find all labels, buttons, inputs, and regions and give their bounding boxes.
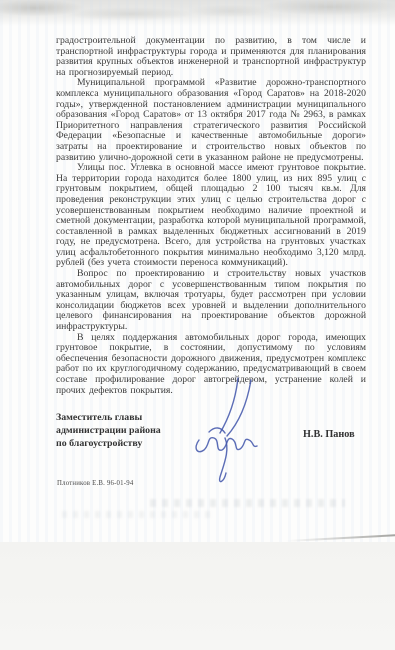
signoff-name: Н.В. Панов [303, 429, 355, 440]
letter-body: градостроительной документации по развит… [56, 36, 366, 396]
scan-background-below-page [0, 542, 395, 650]
scanned-letter-page: градостроительной документации по развит… [0, 0, 395, 650]
executor-note: Плотников Е.В. 96-01-94 [57, 480, 133, 487]
paragraph: Муниципальной программой «Развитие дорож… [56, 78, 366, 163]
scan-top-edge [0, 0, 395, 26]
paragraph: градостроительной документации по развит… [56, 36, 366, 78]
signoff-title-line: Заместитель главы [56, 411, 161, 424]
paragraph: Улицы пос. Углевка в основной массе имею… [56, 163, 366, 269]
paragraph: Вопрос по проектированию и строительству… [56, 269, 366, 333]
signoff-title-line: администрации района [56, 424, 161, 437]
signature-icon [191, 376, 277, 488]
signoff-title-line: по благоустройству [56, 437, 161, 450]
scan-artifact [150, 499, 345, 507]
scan-artifact [62, 511, 212, 518]
signoff-title: Заместитель главы администрации района п… [56, 411, 161, 450]
